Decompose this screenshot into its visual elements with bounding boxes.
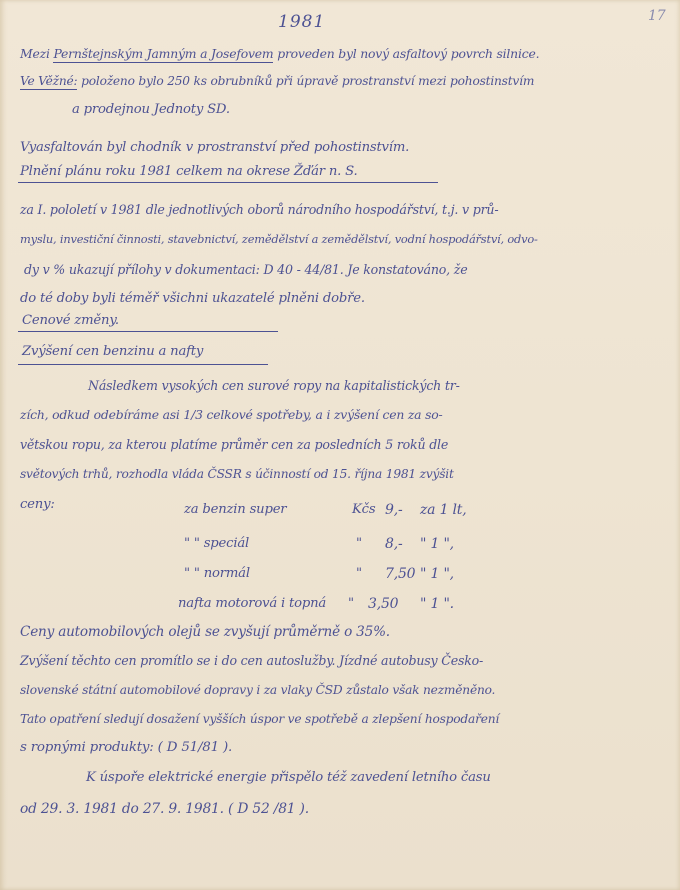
price-item: nafta motorová i topná [178, 596, 326, 611]
text-line: od 29. 3. 1981 do 27. 9. 1981. ( D 52 /8… [20, 801, 309, 817]
price-unit: za 1 lt, [420, 502, 466, 518]
price-value: 8,- [385, 536, 403, 552]
price-prefix: " [348, 596, 354, 611]
price-prefix: Kčs [352, 502, 375, 517]
price-unit: " 1 ", [420, 536, 454, 552]
text-segment: položeno bylo 250 ks obrubníků při úprav… [77, 74, 534, 88]
price-unit: " 1 ", [420, 566, 454, 582]
text-line: slovenské státní automobilové dopravy i … [20, 683, 495, 697]
text-line: za I. pololetí v 1981 dle jednotlivých o… [20, 202, 498, 217]
text-line: Mezi Pernštejnským Jamným a Josefovem pr… [20, 46, 539, 61]
text-line: ceny: [20, 497, 55, 512]
price-prefix: " [356, 536, 362, 551]
underlined-place-name: Pernštejnským Jamným a Josefovem [53, 46, 273, 63]
text-line: Tato opatření sledují dosažení vyšších ú… [20, 712, 499, 726]
text-line: dy v % ukazují přílohy v dokumentaci: D … [24, 262, 467, 277]
text-line: Zvýšení těchto cen promítlo se i do cen … [20, 653, 483, 668]
heading-underline [18, 331, 278, 332]
section-heading-plan: Plnění plánu roku 1981 celkem na okrese … [20, 164, 358, 179]
text-line: a prodejnou Jednoty SD. [72, 102, 230, 117]
price-item: " " speciál [184, 536, 249, 551]
price-prefix: " [356, 566, 362, 581]
price-value: 3,50 [368, 596, 398, 612]
text-segment: Mezi [20, 46, 53, 61]
price-item: " " normál [184, 566, 250, 581]
section-heading-price-changes: Cenové změny. [22, 313, 119, 328]
text-line: myslu, investiční činnosti, stavebnictví… [20, 232, 538, 246]
text-line: větskou ropu, za kterou platíme průměr c… [20, 437, 448, 452]
page-number: 17 [648, 8, 665, 24]
price-unit: " 1 ". [420, 596, 454, 612]
heading-underline [18, 364, 268, 365]
text-line: zích, odkud odebíráme asi 1/3 celkové sp… [20, 407, 443, 422]
page-year-heading: 1981 [278, 12, 325, 32]
text-line: Ve Věžné: položeno bylo 250 ks obrubníků… [20, 74, 534, 88]
text-line: Vyasfaltován byl chodník v prostranství … [20, 140, 409, 155]
text-line: K úspoře elektrické energie přispělo též… [86, 770, 491, 785]
text-line: světových trhů, rozhodla vláda ČSSR s úč… [20, 467, 454, 481]
heading-underline [18, 182, 438, 183]
text-segment: proveden byl nový asfaltový povrch silni… [273, 46, 539, 61]
chronicle-page: 1981 17 Mezi Pernštejnským Jamným a Jose… [0, 0, 680, 890]
price-value: 9,- [385, 502, 403, 518]
text-line: do té doby byli téměř všichni ukazatelé … [20, 291, 365, 306]
price-value: 7,50 [385, 566, 415, 582]
price-item: za benzin super [184, 502, 286, 517]
section-heading-fuel-prices: Zvýšení cen benzinu a nafty [22, 344, 203, 359]
text-line: s ropnými produkty: ( D 51/81 ). [20, 740, 232, 755]
text-line: Ceny automobilových olejů se zvyšují prů… [20, 624, 390, 640]
underlined-place-name: Ve Věžné: [20, 74, 77, 90]
text-line: Následkem vysokých cen surové ropy na ka… [88, 378, 460, 393]
